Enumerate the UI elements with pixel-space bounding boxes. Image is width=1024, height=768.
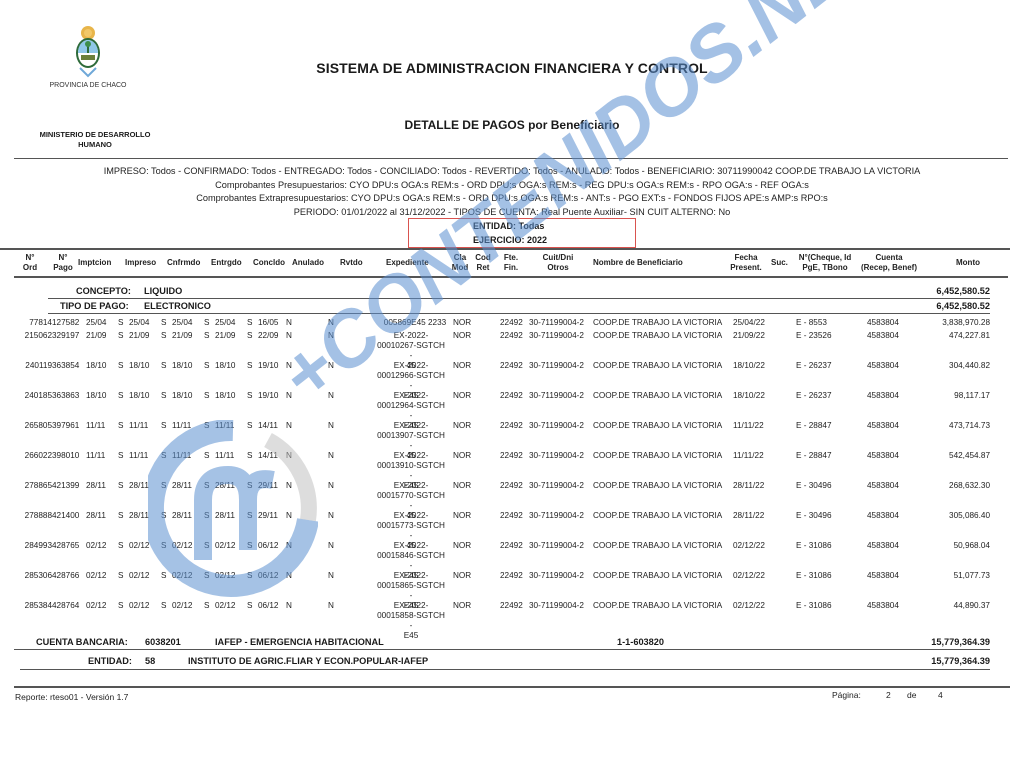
cell-cuenta: 4583804 [867,318,899,327]
total-pages: 4 [938,690,943,700]
col-fte-fin: Fte.Fin. [501,253,521,273]
cell-s4: S [247,421,252,430]
col-monto: Monto [956,258,980,268]
cell-ord: 278888 [16,511,52,520]
cell-ord: 215062 [16,331,52,340]
cell-cuenta: 4583804 [867,331,899,340]
cell-s3: S [204,361,209,370]
cell-benef: COOP.DE TRABAJO LA VICTORIA [593,451,722,460]
cell-monto: 473,714.73 [949,421,990,430]
expediente-line: EX-2022- [375,451,447,461]
cell-rvt: N [328,541,334,550]
cell-s1: S [118,421,123,430]
cell-cheque: E - 23526 [796,331,832,340]
col-nro-ord: N°Ord [20,253,40,273]
cell-cnf: 02/12 [129,571,150,580]
cell-expediente: EX-2022-00015858-SGTCH -E45 [375,601,447,641]
col-concldo: Concldo [253,258,285,268]
cell-fte: 22492 [500,331,523,340]
entidad-rule [20,669,990,670]
cell-n1: N [286,541,292,550]
cell-imp: 11/11 [86,451,105,460]
cell-cheque: E - 31086 [796,541,832,550]
expediente-line: 00013910-SGTCH - [375,461,447,481]
cell-monto: 542,454.87 [949,451,990,460]
cell-fecha: 02/12/22 [733,601,765,610]
cell-s4: S [247,541,252,550]
cell-s2: S [161,361,166,370]
cell-monto: 268,632.30 [949,481,990,490]
cell-n1: N [286,421,292,430]
cell-fecha: 11/11/22 [733,421,764,430]
cell-cuit: 30-71199004-2 [529,331,584,340]
cell-conc: 25/04 [215,318,236,327]
entidad-total: 15,779,364.39 [931,656,990,666]
cell-anul: 22/09 [258,331,279,340]
divider [14,158,1008,159]
table-top-rule [0,248,1010,250]
cell-benef: COOP.DE TRABAJO LA VICTORIA [593,511,722,520]
cell-benef: COOP.DE TRABAJO LA VICTORIA [593,391,722,400]
cell-s3: S [204,541,209,550]
tipo-pago-total: 6,452,580.52 [936,301,990,311]
cell-s2: S [161,511,166,520]
col-imptcion: Imptcion [78,258,111,268]
cell-imp: 18/10 [86,361,107,370]
expediente-line: EX-2022- [375,481,447,491]
concepto-value: LIQUIDO [144,286,182,296]
expediente-line: 00015865-SGTCH - [375,581,447,601]
cell-s4: S [247,601,252,610]
cell-cnf: 21/09 [129,331,150,340]
cell-cuenta: 4583804 [867,511,899,520]
cell-s4: S [247,391,252,400]
expediente-line: EX-2022- [375,571,447,581]
cell-cuenta: 4583804 [867,481,899,490]
cell-anul: 19/10 [258,391,279,400]
cell-cnf: 28/11 [129,481,149,490]
cell-s4: S [247,331,252,340]
cell-benef: COOP.DE TRABAJO LA VICTORIA [593,601,722,610]
cell-s1: S [118,331,123,340]
expediente-line: 00015858-SGTCH - [375,611,447,631]
cell-ord: 240185 [16,391,52,400]
cell-cla: NOR [453,421,471,430]
cell-cuenta: 4583804 [867,391,899,400]
cell-s3: S [204,511,209,520]
cell-anul: 06/12 [258,541,279,550]
cell-monto: 474,227.81 [949,331,990,340]
cell-imp: 02/12 [86,601,107,610]
expediente-line: 005869E45 2233 [375,318,455,328]
expediente-line: 00012964-SGTCH - [375,401,447,421]
cell-monto: 3,838,970.28 [942,318,990,327]
cell-s4: S [247,511,252,520]
cell-cla: NOR [453,361,471,370]
cell-cuenta: 4583804 [867,421,899,430]
cell-anul: 06/12 [258,601,279,610]
cell-ord: 266022 [16,451,52,460]
col-rvtdo: Rvtdo [340,258,363,268]
filter-line-1: IMPRESO: Todos - CONFIRMADO: Todos - ENT… [0,165,1024,179]
cell-ord: 278865 [16,481,52,490]
cell-benef: COOP.DE TRABAJO LA VICTORIA [593,318,722,327]
col-cla-mod: ClaMod [450,253,470,273]
cell-rvt: N [328,571,334,580]
cell-ord: 77814 [16,318,52,327]
cell-pago: 428766 [52,571,79,580]
cell-pago: 363854 [52,361,79,370]
cell-benef: COOP.DE TRABAJO LA VICTORIA [593,421,722,430]
cell-ent: 02/12 [172,601,193,610]
cell-cla: NOR [453,331,471,340]
cell-fte: 22492 [500,481,523,490]
cell-s3: S [204,391,209,400]
filter-line-2: Comprobantes Presupuestarios: CYO DPU:s … [0,179,1024,193]
cell-n1: N [286,481,292,490]
col-fecha: FechaPresent. [726,253,766,273]
cell-s2: S [161,541,166,550]
expediente-line: 00015846-SGTCH - [375,551,447,571]
cell-pago: 363863 [52,391,79,400]
page-label: Página: [832,690,861,700]
col-nro-pago: N°Pago [52,253,74,273]
col-expediente: Expediente [386,258,429,268]
cell-s3: S [204,318,209,327]
cell-cheque: E - 26237 [796,361,832,370]
cuenta-bancaria-label: CUENTA BANCARIA: [36,637,128,647]
cell-cheque: E - 28847 [796,421,832,430]
cell-rvt: N [328,361,334,370]
cell-pago: 329197 [52,331,79,340]
cuenta-rule [14,649,990,650]
cell-imp: 18/10 [86,391,107,400]
cell-cnf: 18/10 [129,361,150,370]
cell-s4: S [247,361,252,370]
expediente-line: EX-2022- [375,391,447,401]
cell-imp: 02/12 [86,541,107,550]
cell-s4: S [247,481,252,490]
cell-monto: 44,890.37 [954,601,990,610]
cell-imp: 02/12 [86,571,107,580]
cell-conc: 18/10 [215,361,236,370]
cell-cla: NOR [453,391,471,400]
cell-imp: 28/11 [86,481,106,490]
cell-cheque: E - 31086 [796,571,832,580]
cell-fecha: 28/11/22 [733,481,764,490]
col-cuenta: Cuenta(Recep, Benef) [858,253,920,273]
col-entrgdo: Entrgdo [211,258,242,268]
cell-pago: 421399 [52,481,79,490]
tipo-pago-label: TIPO DE PAGO: [60,301,129,311]
cell-cla: NOR [453,601,471,610]
cell-s1: S [118,571,123,580]
cell-cuenta: 4583804 [867,601,899,610]
cell-n1: N [286,361,292,370]
col-cuit: Cuit/DniOtros [536,253,580,273]
concepto-total: 6,452,580.52 [936,286,990,296]
cell-s1: S [118,601,123,610]
cell-s2: S [161,331,166,340]
cell-cuit: 30-71199004-2 [529,391,584,400]
cell-monto: 305,086.40 [949,511,990,520]
cell-cheque: E - 26237 [796,391,832,400]
cell-cuenta: 4583804 [867,541,899,550]
cell-s2: S [161,421,166,430]
cell-ord: 265805 [16,421,52,430]
cell-benef: COOP.DE TRABAJO LA VICTORIA [593,331,722,340]
cell-cla: NOR [453,481,471,490]
cell-ent: 18/10 [172,391,193,400]
cell-fte: 22492 [500,391,523,400]
cell-fecha: 28/11/22 [733,511,764,520]
cell-s2: S [161,481,166,490]
cell-cuit: 30-71199004-2 [529,421,584,430]
cell-imp: 21/09 [86,331,107,340]
cell-cla: NOR [453,541,471,550]
cell-conc: 21/09 [215,331,236,340]
cell-n1: N [286,511,292,520]
cell-n1: N [286,391,292,400]
cell-n1: N [286,571,292,580]
cell-s2: S [161,451,166,460]
cell-rvt: N [328,331,334,340]
cell-cheque: E - 28847 [796,451,832,460]
cell-fecha: 02/12/22 [733,541,765,550]
expediente-line: EX-2022- [375,361,447,371]
cell-imp: 11/11 [86,421,105,430]
cell-pago: 127582 [52,318,79,327]
cell-s1: S [118,511,123,520]
cell-imp: 25/04 [86,318,107,327]
expediente-line: EX-2022- [375,601,447,611]
cell-pago: 421400 [52,511,79,520]
cell-ent: 28/11 [172,481,192,490]
cell-imp: 28/11 [86,511,106,520]
cell-cnf: 11/11 [129,421,148,430]
cell-monto: 51,077.73 [954,571,990,580]
cell-s4: S [247,318,252,327]
cell-rvt: N [328,421,334,430]
cell-pago: 397961 [52,421,79,430]
entity-filter: ENTIDAD: Todas [473,221,544,231]
cell-cheque: E - 30496 [796,511,832,520]
col-cnfrmdo: Cnfrmdo [167,258,200,268]
cell-conc: 02/12 [215,541,236,550]
cell-expediente: 005869E45 2233 [375,318,455,328]
cell-cuit: 30-71199004-2 [529,451,584,460]
expediente-line: 00015773-SGTCH - [375,521,447,541]
cell-monto: 50,968.04 [954,541,990,550]
cell-cla: NOR [453,318,471,327]
cell-cnf: 25/04 [129,318,150,327]
cuenta-bancaria-code: 1-1-603820 [617,637,664,647]
cell-fte: 22492 [500,361,523,370]
cell-fecha: 25/04/22 [733,318,765,327]
col-beneficiario: Nombre de Beneficiario [593,258,683,268]
cell-ent: 11/11 [172,451,191,460]
cell-cheque: E - 8553 [796,318,827,327]
cell-conc: 11/11 [215,451,234,460]
cell-cheque: E - 30496 [796,481,832,490]
cell-anul: 14/11 [258,421,278,430]
cell-fte: 22492 [500,571,523,580]
cell-fte: 22492 [500,421,523,430]
cell-rvt: N [328,318,334,327]
cell-anul: 29/11 [258,511,278,520]
cell-benef: COOP.DE TRABAJO LA VICTORIA [593,481,722,490]
cell-s2: S [161,318,166,327]
report-title: DETALLE DE PAGOS por Beneficiario [0,118,1024,132]
system-title: SISTEMA DE ADMINISTRACION FINANCIERA Y C… [0,60,1024,76]
concepto-rule [48,298,990,299]
cell-conc: 11/11 [215,421,234,430]
cell-s3: S [204,451,209,460]
cell-cnf: 18/10 [129,391,150,400]
cell-fte: 22492 [500,601,523,610]
cell-ent: 02/12 [172,541,193,550]
cell-anul: 19/10 [258,361,279,370]
tipo-pago-rule [48,313,990,314]
cell-s4: S [247,571,252,580]
cell-fecha: 18/10/22 [733,361,765,370]
cell-fecha: 02/12/22 [733,571,765,580]
tipo-pago-value: ELECTRONICO [144,301,211,311]
cell-ent: 02/12 [172,571,193,580]
col-anulado: Anulado [292,258,324,268]
cell-pago: 428765 [52,541,79,550]
expediente-line: 00012966-SGTCH - [375,371,447,391]
cell-pago: 428764 [52,601,79,610]
cell-s2: S [161,391,166,400]
cell-s3: S [204,421,209,430]
cell-s2: S [161,601,166,610]
fiscal-year: EJERCICIO: 2022 [473,235,547,245]
cell-rvt: N [328,601,334,610]
cell-cnf: 02/12 [129,601,150,610]
cell-cheque: E - 31086 [796,601,832,610]
col-cheque: N°(Cheque, IdPgE, TBono [795,253,855,273]
cell-cuit: 30-71199004-2 [529,541,584,550]
cell-cuit: 30-71199004-2 [529,511,584,520]
page-of-label: de [907,690,916,700]
cell-benef: COOP.DE TRABAJO LA VICTORIA [593,361,722,370]
cell-ent: 25/04 [172,318,193,327]
cell-cnf: 11/11 [129,451,148,460]
cell-ent: 21/09 [172,331,193,340]
cell-n1: N [286,318,292,327]
expediente-line: 00010267-SGTCH - [375,341,447,361]
cuenta-bancaria-name: IAFEP - EMERGENCIA HABITACIONAL [215,637,384,647]
cell-monto: 98,117.17 [954,391,990,400]
expediente-line: EX-2022- [375,421,447,431]
cell-ord: 285306 [16,571,52,580]
col-suc: Suc. [771,258,788,268]
cell-conc: 02/12 [215,601,236,610]
cell-s1: S [118,451,123,460]
cell-cuit: 30-71199004-2 [529,481,584,490]
cell-benef: COOP.DE TRABAJO LA VICTORIA [593,571,722,580]
ministry-line-2: HUMANO [20,140,170,150]
cell-cuit: 30-71199004-2 [529,601,584,610]
cell-n1: N [286,451,292,460]
expediente-line: 00015770-SGTCH - [375,491,447,511]
cell-cla: NOR [453,571,471,580]
page-number: 2 [886,690,891,700]
cell-fte: 22492 [500,318,523,327]
cell-ent: 28/11 [172,511,192,520]
entidad-name: INSTITUTO DE AGRIC.FLIAR Y ECON.POPULAR-… [188,656,428,666]
cell-anul: 16/05 [258,318,279,327]
cell-ent: 18/10 [172,361,193,370]
cell-s1: S [118,541,123,550]
cell-ord: 285384 [16,601,52,610]
report-version: Reporte: rteso01 - Versión 1.7 [15,692,128,702]
cell-cnf: 02/12 [129,541,150,550]
col-cod-ret: CodRet [473,253,493,273]
cuenta-bancaria-number: 6038201 [145,637,181,647]
cell-s1: S [118,318,123,327]
cell-pago: 398010 [52,451,79,460]
cell-monto: 304,440.82 [949,361,990,370]
cell-cla: NOR [453,451,471,460]
cell-s1: S [118,481,123,490]
cell-s1: S [118,391,123,400]
expediente-line: EX-2022- [375,541,447,551]
cell-conc: 18/10 [215,391,236,400]
expediente-line: E45 [375,631,447,641]
cell-anul: 14/11 [258,451,278,460]
cell-fecha: 11/11/22 [733,451,764,460]
cell-cuit: 30-71199004-2 [529,318,584,327]
cell-s3: S [204,601,209,610]
cell-s1: S [118,361,123,370]
cell-rvt: N [328,451,334,460]
ministry-name: MINISTERIO DE DESARROLLO HUMANO [20,130,170,150]
cuenta-bancaria-total: 15,779,364.39 [931,637,990,647]
cell-fte: 22492 [500,451,523,460]
cell-ord: 284993 [16,541,52,550]
cell-rvt: N [328,511,334,520]
cell-anul: 06/12 [258,571,279,580]
concepto-label: CONCEPTO: [76,286,131,296]
cell-n1: N [286,601,292,610]
cell-fecha: 21/09/22 [733,331,765,340]
expediente-line: EX-2022- [375,331,447,341]
expediente-line: EX-2022- [375,511,447,521]
cell-conc: 28/11 [215,511,235,520]
cell-s2: S [161,571,166,580]
cell-s3: S [204,481,209,490]
cell-cuenta: 4583804 [867,451,899,460]
cell-n1: N [286,331,292,340]
cell-cnf: 28/11 [129,511,149,520]
cell-s3: S [204,571,209,580]
cell-benef: COOP.DE TRABAJO LA VICTORIA [593,541,722,550]
cell-ord: 240119 [16,361,52,370]
col-impreso: Impreso [125,258,156,268]
cell-conc: 02/12 [215,571,236,580]
cell-cuenta: 4583804 [867,571,899,580]
cell-cuit: 30-71199004-2 [529,361,584,370]
footer-rule [14,686,1010,688]
cell-fecha: 18/10/22 [733,391,765,400]
cell-fte: 22492 [500,541,523,550]
header-bottom-rule [14,276,1008,278]
cell-s4: S [247,451,252,460]
cell-s3: S [204,331,209,340]
cell-anul: 29/11 [258,481,278,490]
